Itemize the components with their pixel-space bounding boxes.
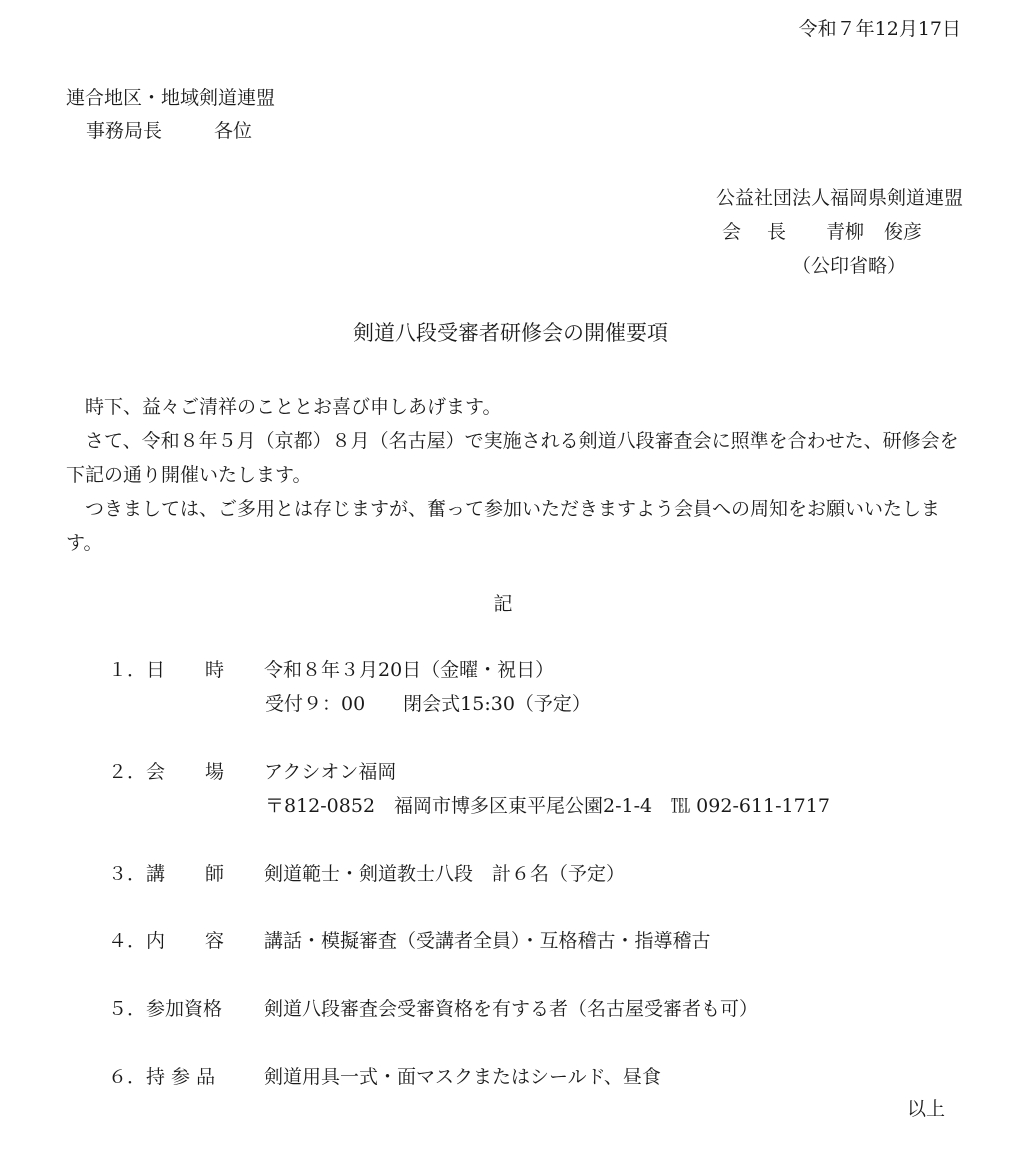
body-paragraph-1-text: 時下、益々ご清祥のこととお喜び申しあげます。: [85, 396, 501, 418]
item-number: １．: [108, 661, 146, 680]
addressee-role-line: 事務局長各位: [86, 122, 252, 141]
list-item-content: ４．内容講話・模擬審査（受講者全員）・互格稽古・指導稽古: [108, 932, 711, 951]
sender-name-family: 青柳: [826, 221, 864, 243]
list-item-venue: ２．会場アクシオン福岡: [108, 763, 396, 782]
item-label-char: 日: [146, 661, 165, 680]
body-paragraph-1: 時下、益々ご清祥のこととお喜び申しあげます。: [66, 390, 966, 424]
seal-note: （公印省略）: [792, 257, 906, 276]
item-label: 会場: [146, 763, 264, 782]
item-number: ６．: [108, 1068, 146, 1087]
addressee-organization: 連合地区・地域剣道連盟: [66, 89, 275, 108]
item-label-char: 会: [146, 763, 165, 782]
item-value: 剣道用具一式・面マスクまたはシールド、昼食: [264, 1068, 661, 1087]
list-item-instructors: ３．講師剣道範士・剣道教士八段 計６名（予定）: [108, 865, 625, 884]
item-label-char: 時: [205, 661, 224, 680]
body-paragraph-2-text: さて、令和８年５月（京都）８月（名古屋）で実施される剣道八段審査会に照準を合わせ…: [66, 430, 959, 486]
item-label: 講師: [146, 865, 264, 884]
item-label: 内容: [146, 932, 264, 951]
item-sub-value-address: 〒812-0852 福岡市博多区東平尾公園2-1-4 ℡ 092-611-171…: [265, 797, 830, 816]
document-date: 令和７年12月17日: [799, 20, 961, 39]
item-label: 持 参 品: [146, 1068, 264, 1087]
item-value: 剣道範士・剣道教士八段 計６名（予定）: [264, 865, 625, 884]
item-value: 講話・模擬審査（受講者全員）・互格稽古・指導稽古: [264, 932, 711, 951]
item-label-char: 講: [146, 865, 165, 884]
item-number: ２．: [108, 763, 146, 782]
body-paragraph-2: さて、令和８年５月（京都）８月（名古屋）で実施される剣道八段審査会に照準を合わせ…: [66, 424, 966, 492]
item-number: ４．: [108, 932, 146, 951]
item-value: 剣道八段審査会受審資格を有する者（名古屋受審者も可）: [264, 1000, 758, 1019]
list-item-date: １．日時令和８年３月20日（金曜・祝日）: [108, 661, 554, 680]
item-label-char: 場: [205, 763, 224, 782]
list-item-eligibility: ５．参加資格剣道八段審査会受審資格を有する者（名古屋受審者も可）: [108, 1000, 758, 1019]
item-value: 令和８年３月20日（金曜・祝日）: [264, 661, 554, 680]
ki-heading: 記: [0, 595, 1006, 614]
sender-name-given: 俊彦: [884, 221, 922, 243]
addressee-suffix: 各位: [214, 120, 252, 142]
item-number: ３．: [108, 865, 146, 884]
list-item-belongings: ６．持 参 品剣道用具一式・面マスクまたはシールド、昼食: [108, 1068, 661, 1087]
body-paragraph-3-text: つきましては、ご多用とは存じますが、奮って参加いただきますよう会員への周知をお願…: [66, 498, 940, 554]
item-label: 日時: [146, 661, 264, 680]
closing-mark: 以上: [907, 1100, 945, 1119]
item-label-char: 容: [205, 932, 224, 951]
document-title: 剣道八段受審者研修会の開催要項: [0, 323, 1021, 344]
sender-title-line: 会長青柳俊彦: [722, 223, 922, 242]
body-paragraph-3: つきましては、ご多用とは存じますが、奮って参加いただきますよう会員への周知をお願…: [66, 492, 966, 560]
sender-organization: 公益社団法人福岡県剣道連盟: [716, 189, 963, 208]
item-label-char: 内: [146, 932, 165, 951]
item-value: アクシオン福岡: [264, 763, 396, 782]
item-label: 参加資格: [146, 1000, 264, 1019]
sender-title-char2: 長: [767, 221, 786, 243]
sender-title-char1: 会: [722, 221, 741, 243]
item-number: ５．: [108, 1000, 146, 1019]
item-label-char: 師: [205, 865, 224, 884]
addressee-role: 事務局長: [86, 120, 162, 142]
item-sub-value-reception: 受付９：00 閉会式15:30（予定）: [265, 695, 591, 714]
